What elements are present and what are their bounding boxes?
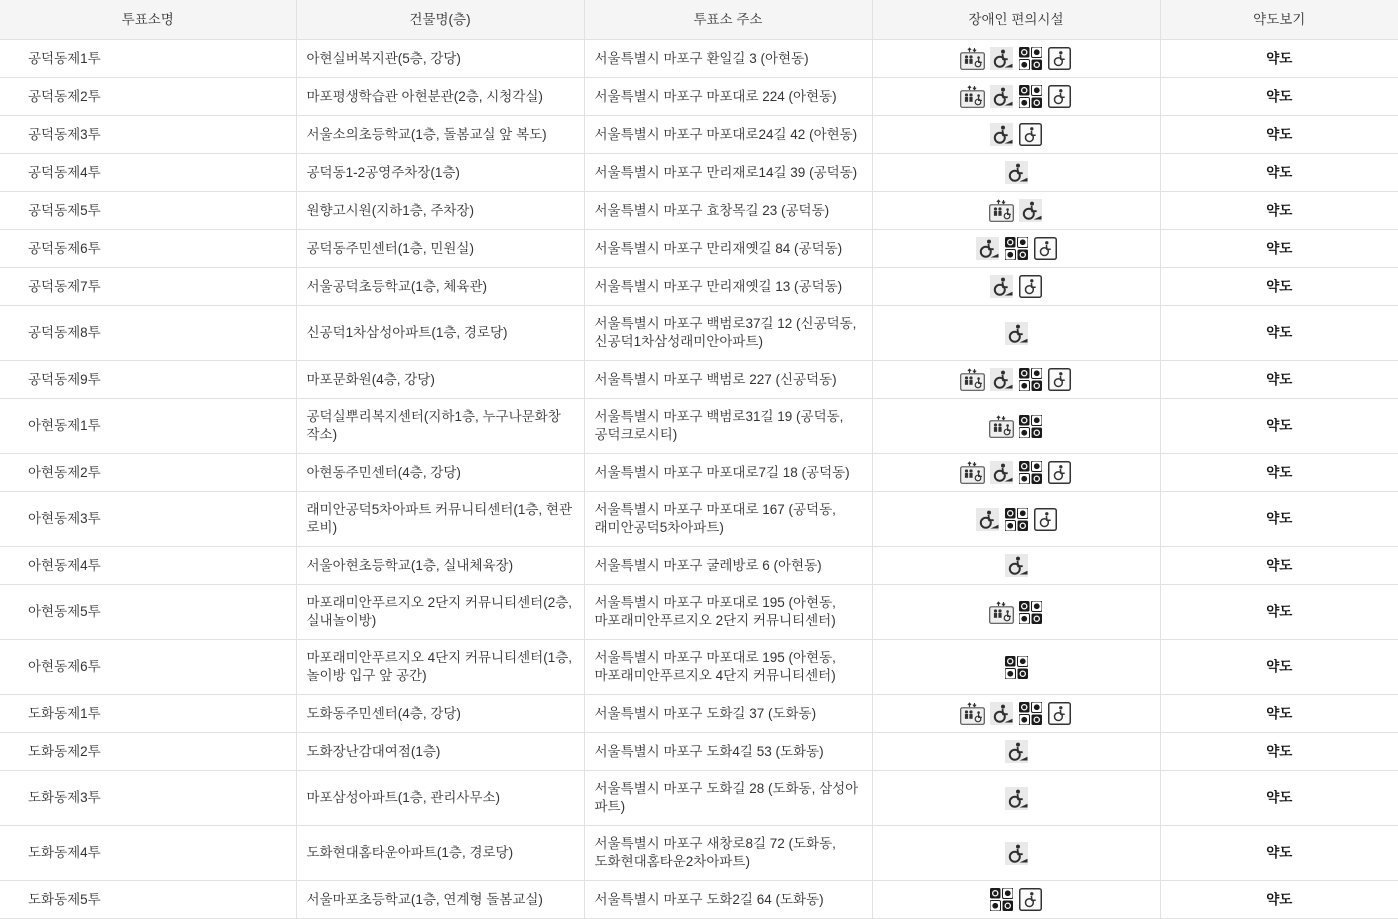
col-header-polling-place-name: 투표소명 <box>0 0 296 40</box>
address-cell: 서울특별시 마포구 만리재옛길 84 (공덕동) <box>584 230 872 268</box>
address-cell: 서울특별시 마포구 마포대로 167 (공덕동, 래미안공덕5차아파트) <box>584 492 872 547</box>
polling-stations-table: 투표소명 건물명(층) 투표소 주소 장애인 편의시설 약도보기 공덕동제1투아… <box>0 0 1398 919</box>
polling-place-name-cell: 공덕동제8투 <box>0 306 296 361</box>
map-link[interactable]: 약도 <box>1266 51 1292 66</box>
table-row: 공덕동제4투공덕동1-2공영주차장(1층)서울특별시 마포구 만리재로14길 3… <box>0 154 1398 192</box>
elevator-icon <box>960 85 985 108</box>
facility-icons <box>989 199 1043 222</box>
map-cell: 약도 <box>1160 361 1398 399</box>
map-cell: 약도 <box>1160 78 1398 116</box>
tactile-paving-icon <box>1018 415 1043 438</box>
facilities-cell <box>872 695 1160 733</box>
map-link[interactable]: 약도 <box>1266 203 1292 218</box>
map-cell: 약도 <box>1160 881 1398 919</box>
tactile-paving-icon <box>989 888 1014 911</box>
map-cell: 약도 <box>1160 154 1398 192</box>
elevator-icon <box>989 415 1014 438</box>
wheelchair-ramp-icon <box>989 275 1014 298</box>
address-cell: 서울특별시 마포구 만리재옛길 13 (공덕동) <box>584 268 872 306</box>
wheelchair-ramp-icon <box>989 123 1014 146</box>
building-cell: 도화현대홈타운아파트(1층, 경로당) <box>296 826 584 881</box>
building-cell: 서울소의초등학교(1층, 돌봄교실 앞 복도) <box>296 116 584 154</box>
col-header-address: 투표소 주소 <box>584 0 872 40</box>
tactile-paving-icon <box>1018 601 1043 624</box>
accessible-toilet-icon <box>1018 123 1043 146</box>
table-row: 공덕동제7투서울공덕초등학교(1층, 체육관)서울특별시 마포구 만리재옛길 1… <box>0 268 1398 306</box>
building-cell: 서울공덕초등학교(1층, 체육관) <box>296 268 584 306</box>
accessible-toilet-icon <box>1018 888 1043 911</box>
wheelchair-ramp-icon <box>1004 740 1029 763</box>
table-row: 공덕동제5투원향고시원(지하1층, 주차장)서울특별시 마포구 효창목길 23 … <box>0 192 1398 230</box>
accessible-toilet-icon <box>1047 368 1072 391</box>
facility-icons <box>1004 740 1029 763</box>
facility-icons <box>989 123 1043 146</box>
address-cell: 서울특별시 마포구 마포대로 195 (아현동, 마포래미안푸르지오 2단지 커… <box>584 585 872 640</box>
table-row: 아현동제1투공덕실뿌리복지센터(지하1층, 누구나문화창작소)서울특별시 마포구… <box>0 399 1398 454</box>
accessible-toilet-icon <box>1047 47 1072 70</box>
polling-place-name-cell: 도화동제4투 <box>0 826 296 881</box>
wheelchair-ramp-icon <box>1004 787 1029 810</box>
table-row: 아현동제4투서울아현초등학교(1층, 실내체육장)서울특별시 마포구 굴레방로 … <box>0 547 1398 585</box>
building-cell: 마포래미안푸르지오 4단지 커뮤니티센터(1층, 놀이방 입구 앞 공간) <box>296 640 584 695</box>
table-row: 공덕동제9투마포문화원(4층, 강당)서울특별시 마포구 백범로 227 (신공… <box>0 361 1398 399</box>
map-cell: 약도 <box>1160 771 1398 826</box>
building-cell: 래미안공덕5차아파트 커뮤니티센터(1층, 현관로비) <box>296 492 584 547</box>
facilities-cell <box>872 585 1160 640</box>
facility-icons <box>1004 787 1029 810</box>
map-cell: 약도 <box>1160 733 1398 771</box>
polling-place-name-cell: 공덕동제2투 <box>0 78 296 116</box>
facility-icons <box>989 888 1043 911</box>
address-cell: 서울특별시 마포구 도화길 28 (도화동, 삼성아파트) <box>584 771 872 826</box>
map-cell: 약도 <box>1160 40 1398 78</box>
wheelchair-ramp-icon <box>1004 554 1029 577</box>
table-row: 공덕동제6투공덕동주민센터(1층, 민원실)서울특별시 마포구 만리재옛길 84… <box>0 230 1398 268</box>
map-cell: 약도 <box>1160 116 1398 154</box>
facilities-cell <box>872 230 1160 268</box>
elevator-icon <box>960 368 985 391</box>
facilities-cell <box>872 192 1160 230</box>
map-link[interactable]: 약도 <box>1266 165 1292 180</box>
facilities-cell <box>872 547 1160 585</box>
facility-icons <box>989 275 1043 298</box>
address-cell: 서울특별시 마포구 효창목길 23 (공덕동) <box>584 192 872 230</box>
address-cell: 서울특별시 마포구 도화4길 53 (도화동) <box>584 733 872 771</box>
table-row: 아현동제3투래미안공덕5차아파트 커뮤니티센터(1층, 현관로비)서울특별시 마… <box>0 492 1398 547</box>
polling-place-name-cell: 아현동제1투 <box>0 399 296 454</box>
building-cell: 공덕동주민센터(1층, 민원실) <box>296 230 584 268</box>
facilities-cell <box>872 492 1160 547</box>
table-row: 아현동제2투아현동주민센터(4층, 강당)서울특별시 마포구 마포대로7길 18… <box>0 454 1398 492</box>
map-cell: 약도 <box>1160 192 1398 230</box>
address-cell: 서울특별시 마포구 백범로37길 12 (신공덕동, 신공덕1차삼성래미안아파트… <box>584 306 872 361</box>
table-row: 공덕동제8투신공덕1차삼성아파트(1층, 경로당)서울특별시 마포구 백범로37… <box>0 306 1398 361</box>
facilities-cell <box>872 399 1160 454</box>
accessible-toilet-icon <box>1047 702 1072 725</box>
table-row: 공덕동제1투아현실버복지관(5층, 강당)서울특별시 마포구 환일길 3 (아현… <box>0 40 1398 78</box>
accessible-toilet-icon <box>1033 508 1058 531</box>
tactile-paving-icon <box>1004 508 1029 531</box>
wheelchair-ramp-icon <box>1018 199 1043 222</box>
building-cell: 서울아현초등학교(1층, 실내체육장) <box>296 547 584 585</box>
facility-icons <box>989 601 1043 624</box>
accessible-toilet-icon <box>1047 461 1072 484</box>
col-header-accessibility-facilities: 장애인 편의시설 <box>872 0 1160 40</box>
facilities-cell <box>872 116 1160 154</box>
facilities-cell <box>872 771 1160 826</box>
map-cell: 약도 <box>1160 695 1398 733</box>
facilities-cell <box>872 733 1160 771</box>
table-row: 공덕동제3투서울소의초등학교(1층, 돌봄교실 앞 복도)서울특별시 마포구 마… <box>0 116 1398 154</box>
polling-place-name-cell: 아현동제3투 <box>0 492 296 547</box>
address-cell: 서울특별시 마포구 백범로31길 19 (공덕동, 공덕크로시티) <box>584 399 872 454</box>
polling-place-name-cell: 공덕동제5투 <box>0 192 296 230</box>
facility-icons <box>960 461 1072 484</box>
map-cell: 약도 <box>1160 268 1398 306</box>
facility-icons <box>975 237 1058 260</box>
map-link[interactable]: 약도 <box>1266 845 1292 860</box>
wheelchair-ramp-icon <box>989 461 1014 484</box>
map-cell: 약도 <box>1160 547 1398 585</box>
elevator-icon <box>960 461 985 484</box>
col-header-view-map: 약도보기 <box>1160 0 1398 40</box>
map-cell: 약도 <box>1160 454 1398 492</box>
polling-place-name-cell: 공덕동제4투 <box>0 154 296 192</box>
accessible-toilet-icon <box>1047 85 1072 108</box>
wheelchair-ramp-icon <box>989 368 1014 391</box>
building-cell: 아현실버복지관(5층, 강당) <box>296 40 584 78</box>
facility-icons <box>1004 656 1029 679</box>
facilities-cell <box>872 78 1160 116</box>
polling-place-name-cell: 아현동제4투 <box>0 547 296 585</box>
map-link[interactable]: 약도 <box>1266 127 1292 142</box>
map-cell: 약도 <box>1160 306 1398 361</box>
table-row: 도화동제1투도화동주민센터(4층, 강당)서울특별시 마포구 도화길 37 (도… <box>0 695 1398 733</box>
table-header-row: 투표소명 건물명(층) 투표소 주소 장애인 편의시설 약도보기 <box>0 0 1398 40</box>
map-link[interactable]: 약도 <box>1266 279 1292 294</box>
map-link[interactable]: 약도 <box>1266 89 1292 104</box>
table-row: 도화동제4투도화현대홈타운아파트(1층, 경로당)서울특별시 마포구 새창로8길… <box>0 826 1398 881</box>
elevator-icon <box>989 199 1014 222</box>
table-body: 공덕동제1투아현실버복지관(5층, 강당)서울특별시 마포구 환일길 3 (아현… <box>0 40 1398 919</box>
map-link[interactable]: 약도 <box>1266 604 1292 619</box>
facilities-cell <box>872 454 1160 492</box>
map-link[interactable]: 약도 <box>1266 241 1292 256</box>
table-row: 도화동제2투도화장난감대여점(1층)서울특별시 마포구 도화4길 53 (도화동… <box>0 733 1398 771</box>
wheelchair-ramp-icon <box>975 237 1000 260</box>
facilities-cell <box>872 268 1160 306</box>
facility-icons <box>1004 322 1029 345</box>
table-row: 공덕동제2투마포평생학습관 아현분관(2층, 시청각실)서울특별시 마포구 마포… <box>0 78 1398 116</box>
tactile-paving-icon <box>1018 702 1043 725</box>
polling-place-name-cell: 아현동제5투 <box>0 585 296 640</box>
facilities-cell <box>872 306 1160 361</box>
address-cell: 서울특별시 마포구 굴레방로 6 (아현동) <box>584 547 872 585</box>
accessible-toilet-icon <box>1033 237 1058 260</box>
polling-place-name-cell: 공덕동제7투 <box>0 268 296 306</box>
address-cell: 서울특별시 마포구 마포대로24길 42 (아현동) <box>584 116 872 154</box>
facility-icons <box>975 508 1058 531</box>
building-cell: 원향고시원(지하1층, 주차장) <box>296 192 584 230</box>
table-row: 도화동제5투서울마포초등학교(1층, 연계형 돌봄교실)서울특별시 마포구 도화… <box>0 881 1398 919</box>
polling-place-name-cell: 도화동제2투 <box>0 733 296 771</box>
building-cell: 아현동주민센터(4층, 강당) <box>296 454 584 492</box>
facility-icons <box>960 702 1072 725</box>
map-cell: 약도 <box>1160 492 1398 547</box>
wheelchair-ramp-icon <box>989 47 1014 70</box>
polling-place-name-cell: 도화동제3투 <box>0 771 296 826</box>
building-cell: 공덕동1-2공영주차장(1층) <box>296 154 584 192</box>
map-cell: 약도 <box>1160 585 1398 640</box>
tactile-paving-icon <box>1018 461 1043 484</box>
facility-icons <box>1004 554 1029 577</box>
tactile-paving-icon <box>1004 656 1029 679</box>
table-row: 아현동제5투마포래미안푸르지오 2단지 커뮤니티센터(2층, 실내놀이방)서울특… <box>0 585 1398 640</box>
facility-icons <box>960 368 1072 391</box>
facility-icons <box>1004 161 1029 184</box>
building-cell: 마포평생학습관 아현분관(2층, 시청각실) <box>296 78 584 116</box>
wheelchair-ramp-icon <box>1004 842 1029 865</box>
wheelchair-ramp-icon <box>1004 161 1029 184</box>
address-cell: 서울특별시 마포구 마포대로7길 18 (공덕동) <box>584 454 872 492</box>
map-link[interactable]: 약도 <box>1266 418 1292 433</box>
map-link[interactable]: 약도 <box>1266 892 1292 907</box>
map-cell: 약도 <box>1160 399 1398 454</box>
col-header-building-floor: 건물명(층) <box>296 0 584 40</box>
building-cell: 도화동주민센터(4층, 강당) <box>296 695 584 733</box>
address-cell: 서울특별시 마포구 새창로8길 72 (도화동, 도화현대홈타운2차아파트) <box>584 826 872 881</box>
polling-stations-table-wrap: 투표소명 건물명(층) 투표소 주소 장애인 편의시설 약도보기 공덕동제1투아… <box>0 0 1398 919</box>
facility-icons <box>1004 842 1029 865</box>
facility-icons <box>960 47 1072 70</box>
elevator-icon <box>960 702 985 725</box>
wheelchair-ramp-icon <box>989 85 1014 108</box>
address-cell: 서울특별시 마포구 도화길 37 (도화동) <box>584 695 872 733</box>
facility-icons <box>960 85 1072 108</box>
map-cell: 약도 <box>1160 826 1398 881</box>
elevator-icon <box>960 47 985 70</box>
map-link[interactable]: 약도 <box>1266 744 1292 759</box>
polling-place-name-cell: 공덕동제3투 <box>0 116 296 154</box>
map-link[interactable]: 약도 <box>1266 558 1292 573</box>
polling-place-name-cell: 아현동제2투 <box>0 454 296 492</box>
facility-icons <box>989 415 1043 438</box>
accessible-toilet-icon <box>1018 275 1043 298</box>
map-link[interactable]: 약도 <box>1266 465 1292 480</box>
wheelchair-ramp-icon <box>1004 322 1029 345</box>
facilities-cell <box>872 361 1160 399</box>
tactile-paving-icon <box>1018 47 1043 70</box>
map-link[interactable]: 약도 <box>1266 706 1292 721</box>
building-cell: 서울마포초등학교(1층, 연계형 돌봄교실) <box>296 881 584 919</box>
polling-place-name-cell: 공덕동제6투 <box>0 230 296 268</box>
address-cell: 서울특별시 마포구 마포대로 224 (아현동) <box>584 78 872 116</box>
map-link[interactable]: 약도 <box>1266 372 1292 387</box>
polling-place-name-cell: 공덕동제9투 <box>0 361 296 399</box>
building-cell: 공덕실뿌리복지센터(지하1층, 누구나문화창작소) <box>296 399 584 454</box>
address-cell: 서울특별시 마포구 만리재로14길 39 (공덕동) <box>584 154 872 192</box>
building-cell: 도화장난감대여점(1층) <box>296 733 584 771</box>
polling-place-name-cell: 도화동제5투 <box>0 881 296 919</box>
facilities-cell <box>872 640 1160 695</box>
map-link[interactable]: 약도 <box>1266 790 1292 805</box>
facilities-cell <box>872 826 1160 881</box>
tactile-paving-icon <box>1018 368 1043 391</box>
address-cell: 서울특별시 마포구 마포대로 195 (아현동, 마포래미안푸르지오 4단지 커… <box>584 640 872 695</box>
map-link[interactable]: 약도 <box>1266 511 1292 526</box>
building-cell: 마포래미안푸르지오 2단지 커뮤니티센터(2층, 실내놀이방) <box>296 585 584 640</box>
wheelchair-ramp-icon <box>989 702 1014 725</box>
facilities-cell <box>872 881 1160 919</box>
facilities-cell <box>872 40 1160 78</box>
elevator-icon <box>989 601 1014 624</box>
map-link[interactable]: 약도 <box>1266 325 1292 340</box>
table-row: 도화동제3투마포삼성아파트(1층, 관리사무소)서울특별시 마포구 도화길 28… <box>0 771 1398 826</box>
building-cell: 신공덕1차삼성아파트(1층, 경로당) <box>296 306 584 361</box>
polling-place-name-cell: 도화동제1투 <box>0 695 296 733</box>
tactile-paving-icon <box>1004 237 1029 260</box>
table-row: 아현동제6투마포래미안푸르지오 4단지 커뮤니티센터(1층, 놀이방 입구 앞 … <box>0 640 1398 695</box>
polling-place-name-cell: 아현동제6투 <box>0 640 296 695</box>
map-link[interactable]: 약도 <box>1266 659 1292 674</box>
address-cell: 서울특별시 마포구 환일길 3 (아현동) <box>584 40 872 78</box>
address-cell: 서울특별시 마포구 도화2길 64 (도화동) <box>584 881 872 919</box>
address-cell: 서울특별시 마포구 백범로 227 (신공덕동) <box>584 361 872 399</box>
wheelchair-ramp-icon <box>975 508 1000 531</box>
building-cell: 마포삼성아파트(1층, 관리사무소) <box>296 771 584 826</box>
map-cell: 약도 <box>1160 230 1398 268</box>
tactile-paving-icon <box>1018 85 1043 108</box>
map-cell: 약도 <box>1160 640 1398 695</box>
building-cell: 마포문화원(4층, 강당) <box>296 361 584 399</box>
facilities-cell <box>872 154 1160 192</box>
polling-place-name-cell: 공덕동제1투 <box>0 40 296 78</box>
